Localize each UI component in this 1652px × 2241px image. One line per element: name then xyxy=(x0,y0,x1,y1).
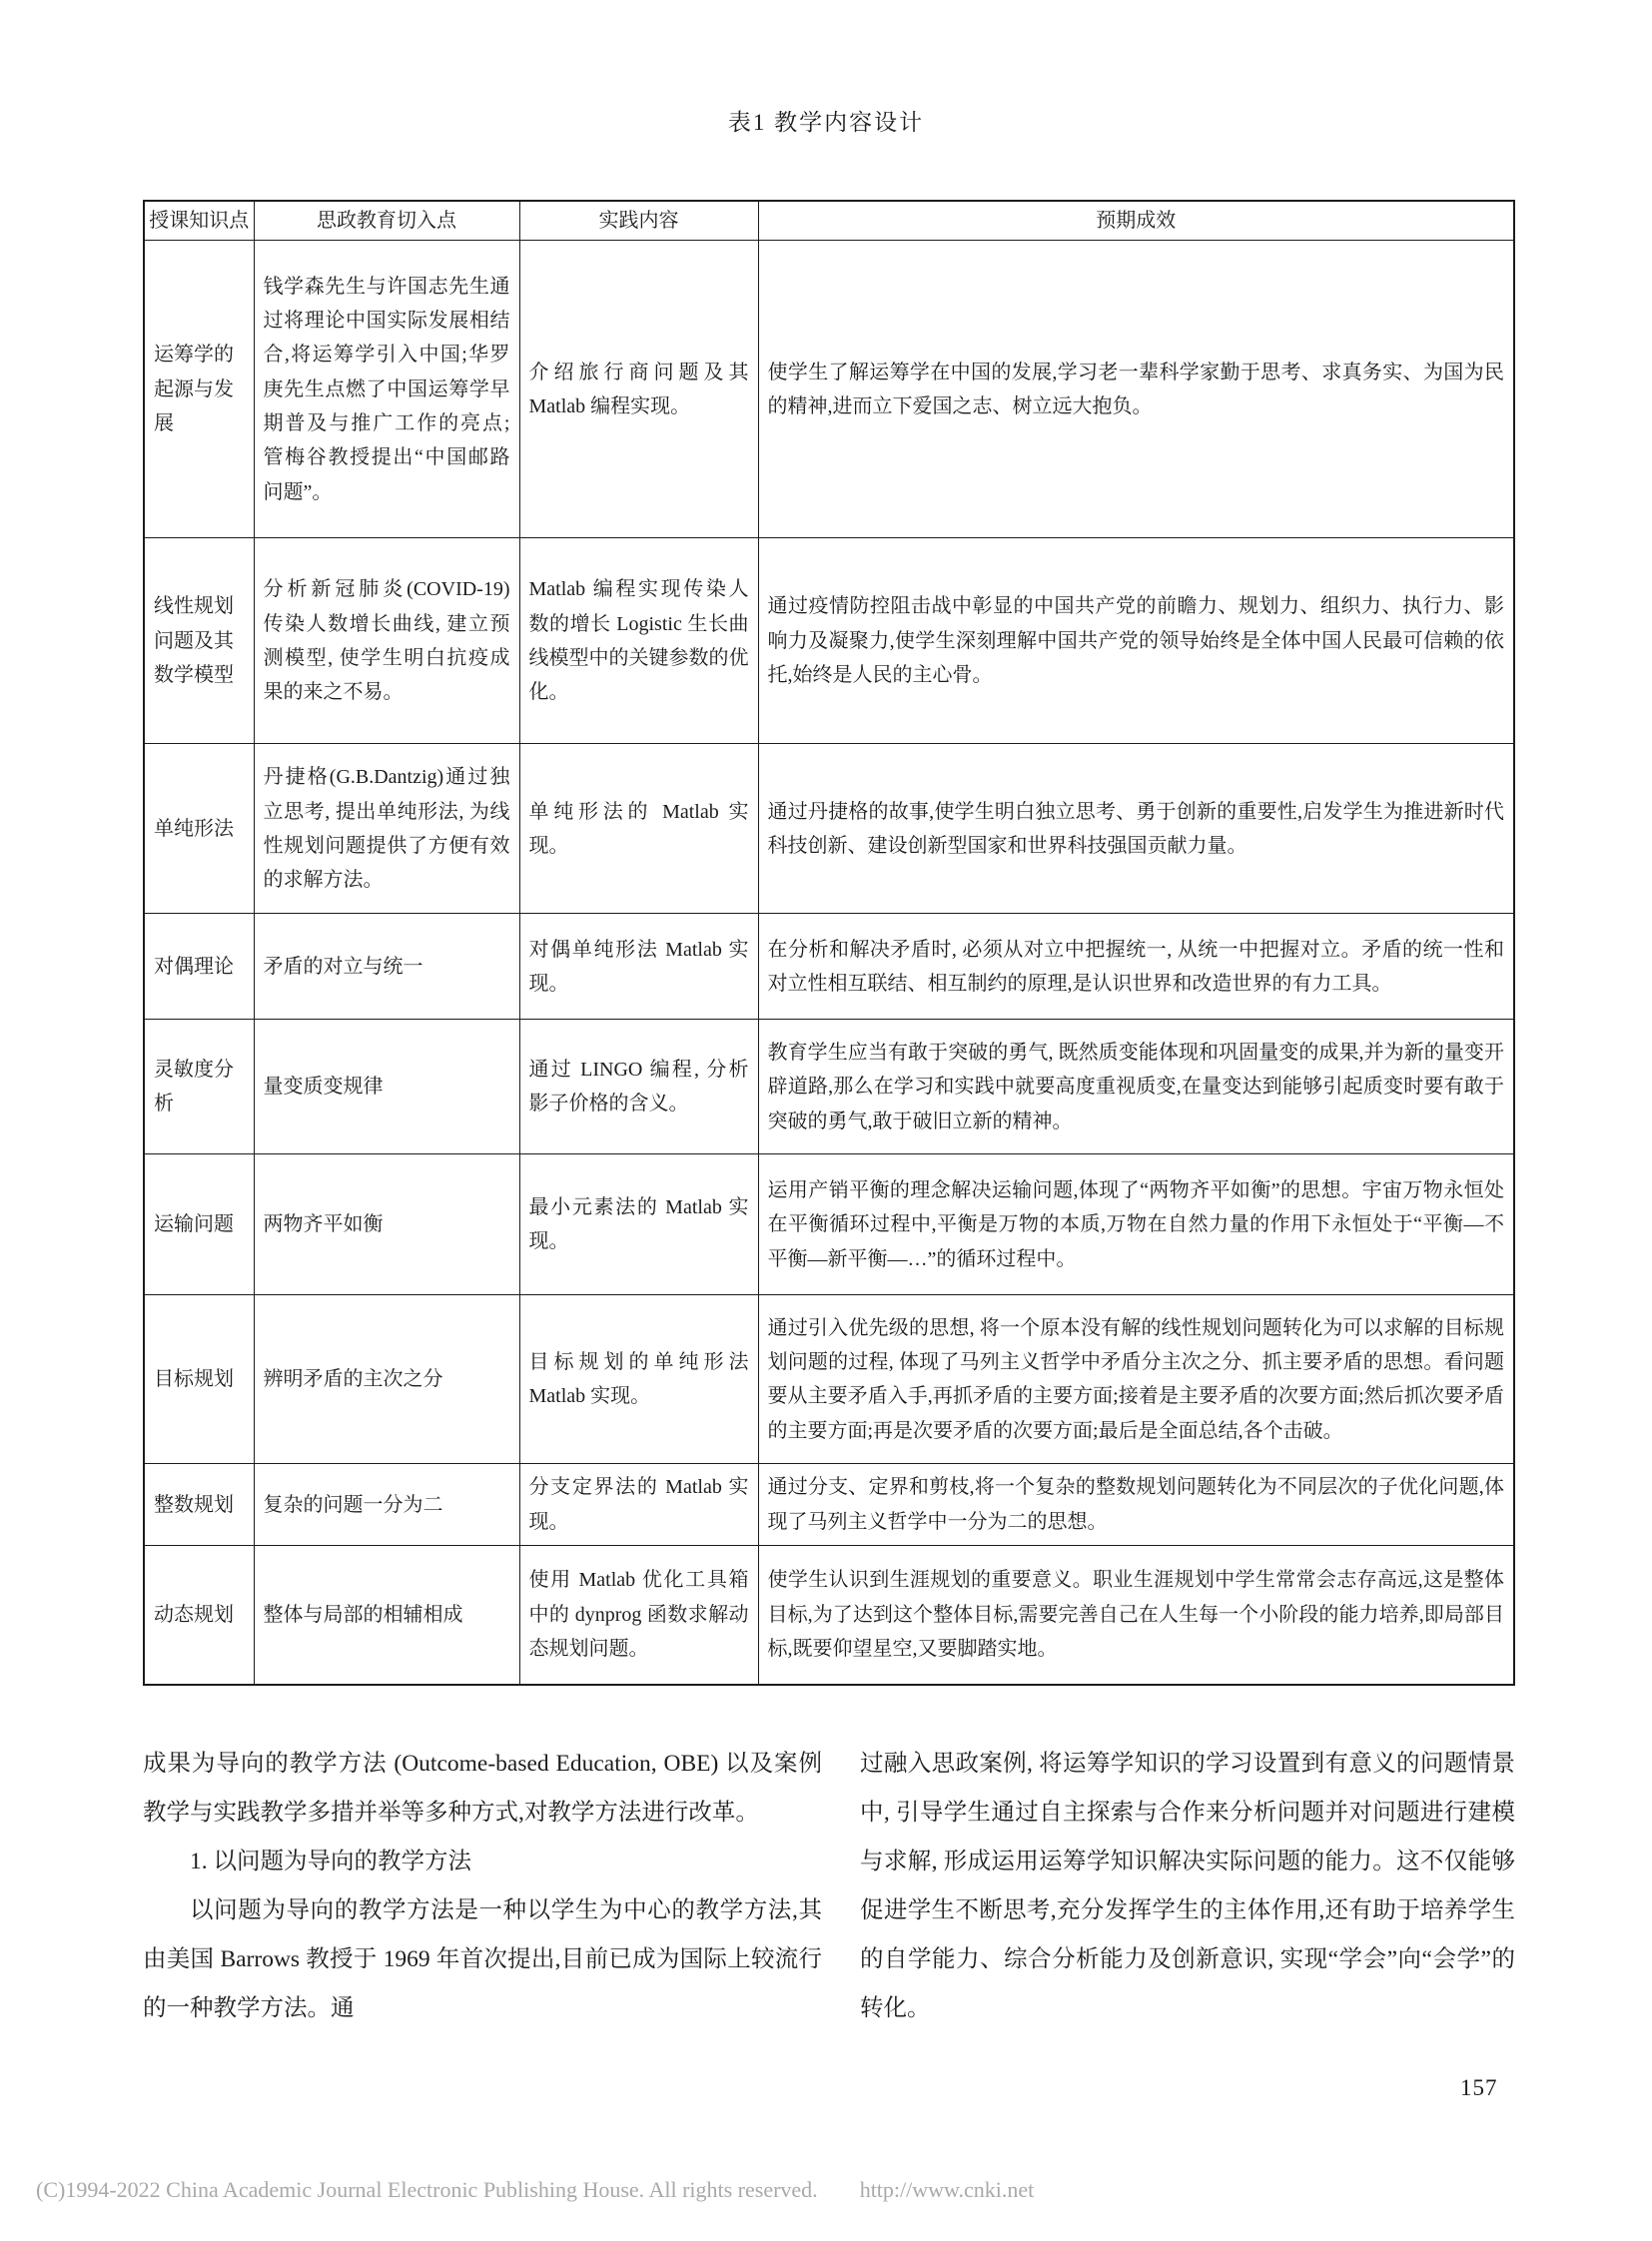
page-number: 157 xyxy=(1460,2075,1498,2101)
body-column-left: 成果为导向的教学方法 (Outcome-based Education, OBE… xyxy=(143,1740,822,2033)
cell-outcome: 运用产销平衡的理念解决运输问题,体现了“两物齐平如衡”的思想。宇宙万物永恒处在平… xyxy=(758,1154,1514,1295)
cell-practice: 单纯形法的 Matlab 实现。 xyxy=(519,744,758,914)
cell-knowledge: 单纯形法 xyxy=(144,744,254,914)
cell-outcome: 使学生认识到生涯规划的重要意义。职业生涯规划中学生常常会志存高远,这是整体目标,… xyxy=(758,1546,1514,1685)
cell-knowledge: 运筹学的起源与发展 xyxy=(144,241,254,538)
cell-knowledge: 整数规划 xyxy=(144,1464,254,1546)
table-row: 运输问题 两物齐平如衡 最小元素法的 Matlab 实现。 运用产销平衡的理念解… xyxy=(144,1154,1514,1295)
table-row: 线性规划问题及其数学模型 分析新冠肺炎(COVID-19) 传染人数增长曲线, … xyxy=(144,538,1514,744)
paragraph: 成果为导向的教学方法 (Outcome-based Education, OBE… xyxy=(143,1740,822,1838)
header-practice: 实践内容 xyxy=(519,201,758,241)
cell-practice: 分支定界法的 Matlab 实现。 xyxy=(519,1464,758,1546)
footer-url: http://www.cnki.net xyxy=(860,2177,1035,2202)
table-row: 运筹学的起源与发展 钱学森先生与许国志先生通过将理论中国实际发展相结合,将运筹学… xyxy=(144,241,1514,538)
table-row: 整数规划 复杂的问题一分为二 分支定界法的 Matlab 实现。 通过分支、定界… xyxy=(144,1464,1514,1546)
paragraph: 过融入思政案例, 将运筹学知识的学习设置到有意义的问题情景中, 引导学生通过自主… xyxy=(860,1740,1515,2033)
table-caption: 表1 教学内容设计 xyxy=(0,104,1652,137)
footer-copyright: (C)1994-2022 China Academic Journal Elec… xyxy=(36,2177,818,2202)
cell-practice: 通过 LINGO 编程, 分析影子价格的含义。 xyxy=(519,1020,758,1154)
cell-ideology: 复杂的问题一分为二 xyxy=(254,1464,519,1546)
cell-ideology: 矛盾的对立与统一 xyxy=(254,914,519,1020)
cell-ideology: 辨明矛盾的主次之分 xyxy=(254,1295,519,1464)
cell-knowledge: 对偶理论 xyxy=(144,914,254,1020)
cell-ideology: 两物齐平如衡 xyxy=(254,1154,519,1295)
cell-practice: 对偶单纯形法 Matlab 实现。 xyxy=(519,914,758,1020)
teaching-content-table: 授课知识点 思政教育切入点 实践内容 预期成效 运筹学的起源与发展 钱学森先生与… xyxy=(143,200,1515,1686)
body-column-right: 过融入思政案例, 将运筹学知识的学习设置到有意义的问题情景中, 引导学生通过自主… xyxy=(860,1740,1515,2033)
cell-ideology: 丹捷格(G.B.Dantzig)通过独立思考, 提出单纯形法, 为线性规划问题提… xyxy=(254,744,519,914)
cell-practice: 介绍旅行商问题及其 Matlab 编程实现。 xyxy=(519,241,758,538)
cell-outcome: 通过引入优先级的思想, 将一个原本没有解的线性规划问题转化为可以求解的目标规划问… xyxy=(758,1295,1514,1464)
header-outcome: 预期成效 xyxy=(758,201,1514,241)
table-row: 目标规划 辨明矛盾的主次之分 目标规划的单纯形法 Matlab 实现。 通过引入… xyxy=(144,1295,1514,1464)
cell-outcome: 教育学生应当有敢于突破的勇气, 既然质变能体现和巩固量变的成果,并为新的量变开辟… xyxy=(758,1020,1514,1154)
cell-outcome: 在分析和解决矛盾时, 必须从对立中把握统一, 从统一中把握对立。矛盾的统一性和对… xyxy=(758,914,1514,1020)
paragraph: 以问题为导向的教学方法是一种以学生为中心的教学方法,其由美国 Barrows 教… xyxy=(143,1886,822,2033)
header-knowledge: 授课知识点 xyxy=(144,201,254,241)
footer: (C)1994-2022 China Academic Journal Elec… xyxy=(36,2177,1614,2203)
cell-ideology: 整体与局部的相辅相成 xyxy=(254,1546,519,1685)
cell-practice: 使用 Matlab 优化工具箱中的 dynprog 函数求解动态规划问题。 xyxy=(519,1546,758,1685)
cell-knowledge: 灵敏度分析 xyxy=(144,1020,254,1154)
cell-ideology: 钱学森先生与许国志先生通过将理论中国实际发展相结合,将运筹学引入中国;华罗庚先生… xyxy=(254,241,519,538)
table-row: 灵敏度分析 量变质变规律 通过 LINGO 编程, 分析影子价格的含义。 教育学… xyxy=(144,1020,1514,1154)
table-row: 动态规划 整体与局部的相辅相成 使用 Matlab 优化工具箱中的 dynpro… xyxy=(144,1546,1514,1685)
cell-practice: 最小元素法的 Matlab 实现。 xyxy=(519,1154,758,1295)
table-row: 单纯形法 丹捷格(G.B.Dantzig)通过独立思考, 提出单纯形法, 为线性… xyxy=(144,744,1514,914)
cell-knowledge: 动态规划 xyxy=(144,1546,254,1685)
cell-ideology: 分析新冠肺炎(COVID-19) 传染人数增长曲线, 建立预测模型, 使学生明白… xyxy=(254,538,519,744)
cell-knowledge: 运输问题 xyxy=(144,1154,254,1295)
cell-knowledge: 目标规划 xyxy=(144,1295,254,1464)
table-header-row: 授课知识点 思政教育切入点 实践内容 预期成效 xyxy=(144,201,1514,241)
cell-practice: Matlab 编程实现传染人数的增长 Logistic 生长曲线模型中的关键参数… xyxy=(519,538,758,744)
cell-outcome: 通过疫情防控阻击战中彰显的中国共产党的前瞻力、规划力、组织力、执行力、影响力及凝… xyxy=(758,538,1514,744)
paper-page: 表1 教学内容设计 授课知识点 思政教育切入点 实践内容 预期成效 运筹学的起源… xyxy=(0,0,1652,2241)
section-heading: 1. 以问题为导向的教学方法 xyxy=(143,1838,822,1886)
header-ideology: 思政教育切入点 xyxy=(254,201,519,241)
cell-outcome: 使学生了解运筹学在中国的发展,学习老一辈科学家勤于思考、求真务实、为国为民的精神… xyxy=(758,241,1514,538)
table-row: 对偶理论 矛盾的对立与统一 对偶单纯形法 Matlab 实现。 在分析和解决矛盾… xyxy=(144,914,1514,1020)
cell-knowledge: 线性规划问题及其数学模型 xyxy=(144,538,254,744)
cell-outcome: 通过分支、定界和剪枝,将一个复杂的整数规划问题转化为不同层次的子优化问题,体现了… xyxy=(758,1464,1514,1546)
cell-ideology: 量变质变规律 xyxy=(254,1020,519,1154)
cell-practice: 目标规划的单纯形法 Matlab 实现。 xyxy=(519,1295,758,1464)
cell-outcome: 通过丹捷格的故事,使学生明白独立思考、勇于创新的重要性,启发学生为推进新时代科技… xyxy=(758,744,1514,914)
